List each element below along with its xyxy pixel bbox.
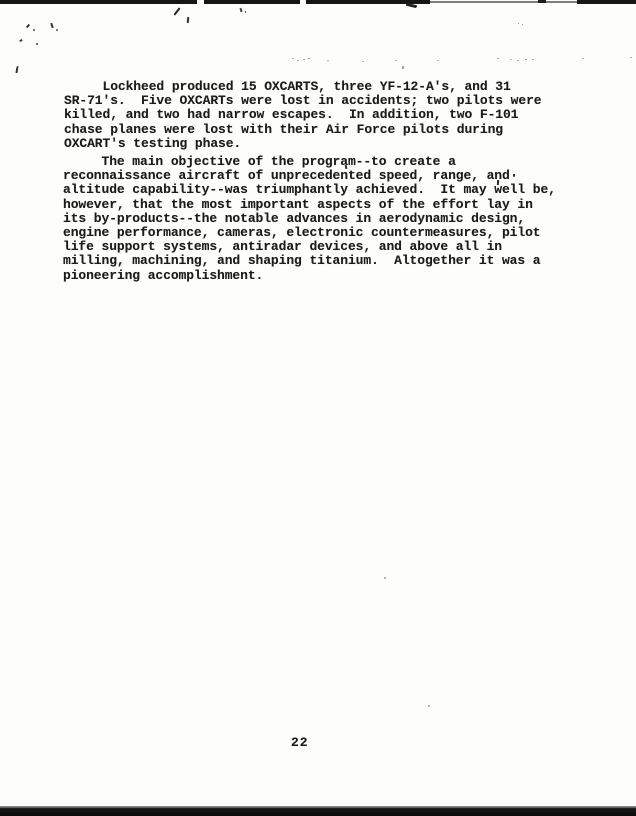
paragraph-program-objective: The main objective of the program--to cr… bbox=[63, 155, 556, 283]
paragraph-production-losses: Lockheed produced 15 OXCARTS, three YF-1… bbox=[64, 80, 541, 151]
scan-speck bbox=[402, 66, 404, 69]
scan-speck bbox=[56, 29, 58, 31]
scan-speck bbox=[187, 17, 190, 23]
scan-edge-top-right bbox=[577, 0, 636, 4]
scan-speck bbox=[245, 11, 246, 13]
scan-speck bbox=[428, 705, 430, 707]
scan-edge-top-blob bbox=[538, 0, 546, 3]
scan-speck bbox=[497, 180, 499, 185]
scan-speck-row bbox=[292, 58, 294, 59]
scan-speck bbox=[173, 7, 180, 15]
scan-edge-top bbox=[0, 0, 430, 4]
scan-edge-top-notch bbox=[197, 0, 204, 4]
scan-speck bbox=[36, 43, 38, 45]
scan-speck bbox=[26, 24, 30, 28]
scan-speck bbox=[384, 577, 386, 579]
scan-edge-bottom bbox=[0, 806, 636, 816]
scan-speck bbox=[33, 29, 35, 31]
scan-speck bbox=[522, 24, 523, 25]
scan-speck bbox=[345, 165, 348, 169]
scan-speck bbox=[50, 23, 53, 28]
scan-speck bbox=[16, 66, 19, 73]
scan-speck bbox=[513, 174, 515, 177]
scan-speck bbox=[240, 8, 243, 12]
scan-edge-top-thin bbox=[430, 1, 577, 3]
scan-edge-top-notch bbox=[300, 0, 306, 4]
scan-speck bbox=[19, 39, 23, 42]
page-number: 22 bbox=[291, 736, 309, 750]
document-page: Lockheed produced 15 OXCARTS, three YF-1… bbox=[0, 0, 636, 816]
scan-speck bbox=[518, 23, 519, 24]
